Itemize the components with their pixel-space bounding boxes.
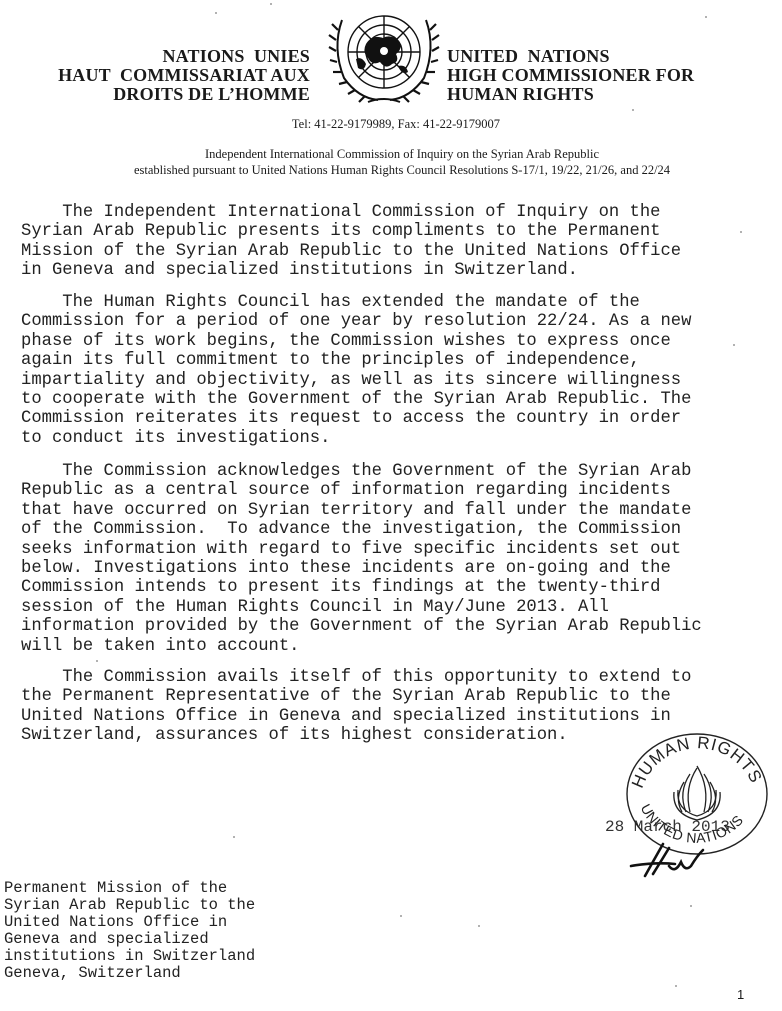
paragraph-line: to conduct its investigations. [21,429,691,448]
paragraph-1: The Independent International Commission… [21,203,681,281]
paragraph-line: the Permanent Representative of the Syri… [21,687,691,706]
letterhead-french: NATIONS UNIES HAUT COMMISSARIAT AUX DROI… [58,47,310,104]
recipient-address: Permanent Mission of the Syrian Arab Rep… [4,880,255,982]
commission-title: Independent International Commission of … [0,146,782,178]
svg-text:HUMAN RIGHTS: HUMAN RIGHTS [628,733,766,791]
paragraph-line: seeks information with regard to five sp… [21,540,702,559]
address-line: institutions in Switzerland [4,948,255,965]
paragraph-line: Commission for a period of one year by r… [21,312,691,331]
paragraph-line: below. Investigations into these inciden… [21,559,702,578]
address-line: Geneva and specialized [4,931,255,948]
paragraph-line: Syrian Arab Republic presents its compli… [21,222,681,241]
paragraph-line: to cooperate with the Government of the … [21,390,691,409]
human-rights-stamp-icon: HUMAN RIGHTS UNITED NATIONS [622,730,772,855]
letterhead-english-line: UNITED NATIONS [447,47,694,66]
address-line: Permanent Mission of the [4,880,255,897]
paragraph-line: of the Commission. To advance the invest… [21,520,702,539]
paragraph-line: The Independent International Commission… [21,203,681,222]
letterhead-english-line: HIGH COMMISSIONER FOR [447,66,694,85]
letterhead-french-line: DROITS DE L’HOMME [58,85,310,104]
paragraph-2: The Human Rights Council has extended th… [21,293,691,448]
paragraph-line: information provided by the Government o… [21,617,702,636]
paragraph-line: The Commission avails itself of this opp… [21,668,691,687]
page-number: 1 [737,987,744,1002]
letterhead-french-line: HAUT COMMISSARIAT AUX [58,66,310,85]
paragraph-line: The Human Rights Council has extended th… [21,293,691,312]
letterhead-english-line: HUMAN RIGHTS [447,85,694,104]
paragraph-line: in Geneva and specialized institutions i… [21,261,681,280]
paragraph-line: that have occurred on Syrian territory a… [21,501,702,520]
paragraph-line: United Nations Office in Geneva and spec… [21,707,691,726]
paragraph-line: again its full commitment to the princip… [21,351,691,370]
letterhead-english: UNITED NATIONS HIGH COMMISSIONER FOR HUM… [447,47,694,104]
stamp-top-text: HUMAN RIGHTS [628,733,766,791]
address-line: United Nations Office in [4,914,255,931]
letterhead-french-line: NATIONS UNIES [58,47,310,66]
commission-title-line: established pursuant to United Nations H… [22,162,782,178]
paragraph-4: The Commission avails itself of this opp… [21,668,691,746]
paragraph-line: Commission reiterates its request to acc… [21,409,691,428]
address-line: Syrian Arab Republic to the [4,897,255,914]
paragraph-line: impartiality and objectivity, as well as… [21,371,691,390]
paragraph-line: Commission intends to present its findin… [21,578,702,597]
contact-info: Tel: 41-22-9179989, Fax: 41-22-9179007 [0,117,782,132]
paragraph-3: The Commission acknowledges the Governme… [21,462,702,656]
address-line: Geneva, Switzerland [4,965,255,982]
paragraph-line: Mission of the Syrian Arab Republic to t… [21,242,681,261]
signature-icon [625,838,725,883]
commission-title-line: Independent International Commission of … [22,146,782,162]
paragraph-line: Republic as a central source of informat… [21,481,702,500]
paragraph-line: will be taken into account. [21,637,702,656]
paragraph-line: phase of its work begins, the Commission… [21,332,691,351]
paragraph-line: session of the Human Rights Council in M… [21,598,702,617]
paragraph-line: The Commission acknowledges the Governme… [21,462,702,481]
paragraph-line: Switzerland, assurances of its highest c… [21,726,691,745]
un-emblem-icon [328,4,440,108]
